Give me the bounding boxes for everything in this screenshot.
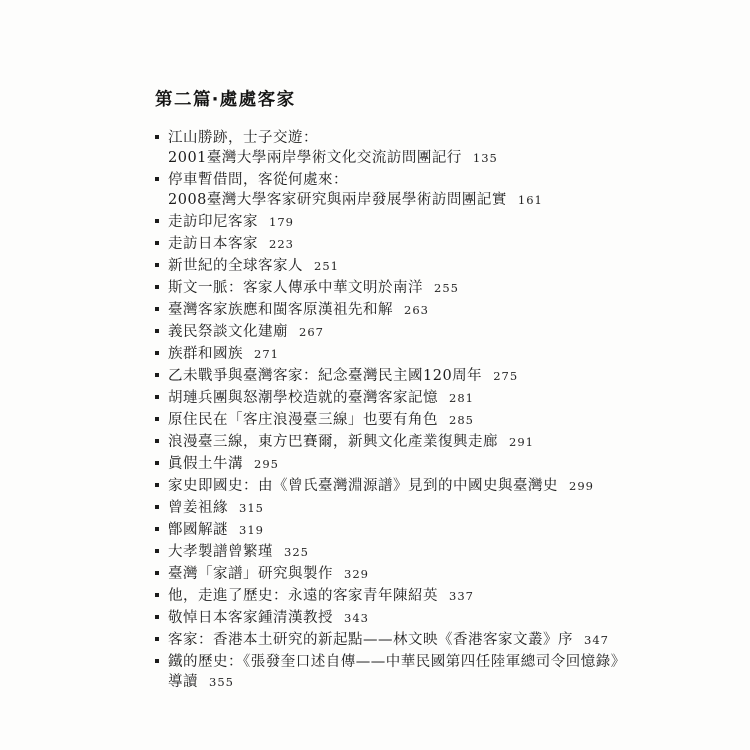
square-bullet-icon <box>155 351 159 355</box>
toc-page-number: 285 <box>449 413 474 427</box>
square-bullet-icon <box>155 241 159 245</box>
square-bullet-icon <box>155 593 159 597</box>
toc-item: 浪漫臺三線，東方巴賽爾，新興文化產業復興走廊291 <box>155 432 660 452</box>
square-bullet-icon <box>155 505 159 509</box>
toc-item-line: 臺灣客家族應和閩客原漢祖先和解263 <box>155 300 660 320</box>
toc-item-title: 浪漫臺三線，東方巴賽爾，新興文化產業復興走廊 <box>168 434 498 450</box>
toc-page-number: 281 <box>449 391 474 405</box>
toc-item-title: 敬悼日本客家鍾清漢教授 <box>168 610 333 626</box>
toc-item-line: 家史即國史：由《曾氏臺灣淵源譜》見到的中國史與臺灣史299 <box>155 476 660 496</box>
toc-item-line: 眞假土牛溝295 <box>155 454 660 474</box>
toc-list: 江山勝跡，士子交遊：2001臺灣大學兩岸學術文化交流訪問團記行135停車暫借問，… <box>155 128 660 692</box>
square-bullet-icon <box>155 659 159 663</box>
square-bullet-icon <box>155 135 159 139</box>
toc-item-title: 斯文一脈：客家人傳承中華文明於南洋 <box>168 280 423 296</box>
toc-item-line: 他，走進了歷史：永遠的客家青年陳紹英337 <box>155 586 660 606</box>
toc-page-number: 347 <box>584 633 609 647</box>
toc-item-title: 新世紀的全球客家人 <box>168 258 303 274</box>
toc-page-number: 291 <box>509 435 534 449</box>
toc-item: 他，走進了歷史：永遠的客家青年陳紹英337 <box>155 586 660 606</box>
square-bullet-icon <box>155 527 159 531</box>
toc-item-line: 臺灣「家譜」研究與製作329 <box>155 564 660 584</box>
toc-page-number: 223 <box>269 237 294 251</box>
toc-item-title: 眞假土牛溝 <box>168 456 243 472</box>
toc-page-number: 337 <box>449 589 474 603</box>
square-bullet-icon <box>155 439 159 443</box>
toc-item-line: 鄫國解謎319 <box>155 520 660 540</box>
toc-item-line: 鐵的歷史：《張發奎口述自傳——中華民國第四任陸軍總司令回憶錄》 <box>155 652 660 672</box>
toc-item: 眞假土牛溝295 <box>155 454 660 474</box>
square-bullet-icon <box>155 615 159 619</box>
square-bullet-icon <box>155 307 159 311</box>
toc-item-title: 走訪印尼客家 <box>168 214 258 230</box>
toc-page-number: 319 <box>239 523 264 537</box>
toc-page-number: 315 <box>239 501 264 515</box>
toc-item-line: 大孝製譜曾繁瑾325 <box>155 542 660 562</box>
toc-item-title: 鄫國解謎 <box>168 522 228 538</box>
toc-item: 原住民在「客庄浪漫臺三線」也要有角色285 <box>155 410 660 430</box>
toc-item: 大孝製譜曾繁瑾325 <box>155 542 660 562</box>
toc-item-line: 族群和國族271 <box>155 344 660 364</box>
toc-item-title: 原住民在「客庄浪漫臺三線」也要有角色 <box>168 412 438 428</box>
section-title: 第二篇‧處處客家 <box>155 86 660 111</box>
toc-item: 敬悼日本客家鍾清漢教授343 <box>155 608 660 628</box>
toc-item: 族群和國族271 <box>155 344 660 364</box>
toc-item-line: 敬悼日本客家鍾清漢教授343 <box>155 608 660 628</box>
toc-item-line: 江山勝跡，士子交遊： <box>155 128 660 148</box>
toc-item-title: 乙未戰爭與臺灣客家：紀念臺灣民主國120周年 <box>168 368 482 384</box>
square-bullet-icon <box>155 461 159 465</box>
toc-page-number: 271 <box>254 347 279 361</box>
toc-item: 江山勝跡，士子交遊：2001臺灣大學兩岸學術文化交流訪問團記行135 <box>155 128 660 168</box>
toc-item-line: 新世紀的全球客家人251 <box>155 256 660 276</box>
square-bullet-icon <box>155 329 159 333</box>
toc-item: 乙未戰爭與臺灣客家：紀念臺灣民主國120周年275 <box>155 366 660 386</box>
toc-item: 客家：香港本土研究的新起點——林文映《香港客家文叢》序347 <box>155 630 660 650</box>
toc-item-line: 乙未戰爭與臺灣客家：紀念臺灣民主國120周年275 <box>155 366 660 386</box>
toc-item-title: 大孝製譜曾繁瑾 <box>168 544 273 560</box>
square-bullet-icon <box>155 395 159 399</box>
toc-item-line-continued: 導讀355 <box>155 672 660 692</box>
toc-item-line: 走訪印尼客家179 <box>155 212 660 232</box>
square-bullet-icon <box>155 373 159 377</box>
square-bullet-icon <box>155 263 159 267</box>
square-bullet-icon <box>155 219 159 223</box>
toc-page-number: 343 <box>344 611 369 625</box>
toc-page-number: 275 <box>493 369 518 383</box>
toc-item-title: 他，走進了歷史：永遠的客家青年陳紹英 <box>168 588 438 604</box>
square-bullet-icon <box>155 177 159 181</box>
toc-item-line: 浪漫臺三線，東方巴賽爾，新興文化產業復興走廊291 <box>155 432 660 452</box>
toc-item-title: 江山勝跡，士子交遊： <box>168 130 318 146</box>
toc-item-title: 族群和國族 <box>168 346 243 362</box>
toc-item: 義民祭談文化建廟267 <box>155 322 660 342</box>
toc-item-title: 臺灣客家族應和閩客原漢祖先和解 <box>168 302 393 318</box>
toc-item-line-continued: 2008臺灣大學客家研究與兩岸發展學術訪問團記實161 <box>155 190 660 210</box>
toc-item-title: 客家：香港本土研究的新起點——林文映《香港客家文叢》序 <box>168 632 573 648</box>
toc-item-line: 原住民在「客庄浪漫臺三線」也要有角色285 <box>155 410 660 430</box>
toc-item: 斯文一脈：客家人傳承中華文明於南洋255 <box>155 278 660 298</box>
toc-item-title: 導讀 <box>168 674 198 690</box>
toc-item: 臺灣客家族應和閩客原漢祖先和解263 <box>155 300 660 320</box>
book-toc-page: 第二篇‧處處客家 江山勝跡，士子交遊：2001臺灣大學兩岸學術文化交流訪問團記行… <box>0 0 750 750</box>
toc-page-number: 263 <box>404 303 429 317</box>
toc-item-title: 鐵的歷史：《張發奎口述自傳——中華民國第四任陸軍總司令回憶錄》 <box>168 654 626 670</box>
square-bullet-icon <box>155 285 159 289</box>
toc-item-title: 胡璉兵團與怒潮學校造就的臺灣客家記憶 <box>168 390 438 406</box>
toc-item-line: 停車暫借問，客從何處來： <box>155 170 660 190</box>
toc-page-number: 355 <box>209 675 234 689</box>
toc-item-title: 走訪日本客家 <box>168 236 258 252</box>
toc-page-number: 255 <box>434 281 459 295</box>
toc-item: 臺灣「家譜」研究與製作329 <box>155 564 660 584</box>
toc-page-number: 135 <box>473 151 498 165</box>
toc-page-number: 161 <box>518 193 543 207</box>
toc-item: 曾姜祖緣315 <box>155 498 660 518</box>
toc-item-title: 停車暫借問，客從何處來： <box>168 172 348 188</box>
toc-page-number: 179 <box>269 215 294 229</box>
toc-page-number: 295 <box>254 457 279 471</box>
toc-page-number: 325 <box>284 545 309 559</box>
toc-item-title: 臺灣「家譜」研究與製作 <box>168 566 333 582</box>
square-bullet-icon <box>155 417 159 421</box>
square-bullet-icon <box>155 483 159 487</box>
toc-item-line: 走訪日本客家223 <box>155 234 660 254</box>
toc-item-line: 客家：香港本土研究的新起點——林文映《香港客家文叢》序347 <box>155 630 660 650</box>
toc-item: 鄫國解謎319 <box>155 520 660 540</box>
toc-page-number: 299 <box>569 479 594 493</box>
square-bullet-icon <box>155 571 159 575</box>
square-bullet-icon <box>155 637 159 641</box>
toc-item-title: 2001臺灣大學兩岸學術文化交流訪問團記行 <box>168 150 462 166</box>
toc-item: 新世紀的全球客家人251 <box>155 256 660 276</box>
toc-page-number: 329 <box>344 567 369 581</box>
toc-item: 胡璉兵團與怒潮學校造就的臺灣客家記憶281 <box>155 388 660 408</box>
toc-page-number: 251 <box>314 259 339 273</box>
toc-item: 鐵的歷史：《張發奎口述自傳——中華民國第四任陸軍總司令回憶錄》導讀355 <box>155 652 660 692</box>
toc-item-line: 胡璉兵團與怒潮學校造就的臺灣客家記憶281 <box>155 388 660 408</box>
toc-page-number: 267 <box>299 325 324 339</box>
toc-item-title: 家史即國史：由《曾氏臺灣淵源譜》見到的中國史與臺灣史 <box>168 478 558 494</box>
toc-item-line: 義民祭談文化建廟267 <box>155 322 660 342</box>
square-bullet-icon <box>155 549 159 553</box>
toc-item-title: 2008臺灣大學客家研究與兩岸發展學術訪問團記實 <box>168 192 507 208</box>
toc-item-title: 曾姜祖緣 <box>168 500 228 516</box>
toc-item-line-continued: 2001臺灣大學兩岸學術文化交流訪問團記行135 <box>155 148 660 168</box>
toc-item: 停車暫借問，客從何處來：2008臺灣大學客家研究與兩岸發展學術訪問團記實161 <box>155 170 660 210</box>
toc-item-title: 義民祭談文化建廟 <box>168 324 288 340</box>
toc-item-line: 曾姜祖緣315 <box>155 498 660 518</box>
toc-item-line: 斯文一脈：客家人傳承中華文明於南洋255 <box>155 278 660 298</box>
toc-item: 家史即國史：由《曾氏臺灣淵源譜》見到的中國史與臺灣史299 <box>155 476 660 496</box>
toc-item: 走訪印尼客家179 <box>155 212 660 232</box>
toc-item: 走訪日本客家223 <box>155 234 660 254</box>
